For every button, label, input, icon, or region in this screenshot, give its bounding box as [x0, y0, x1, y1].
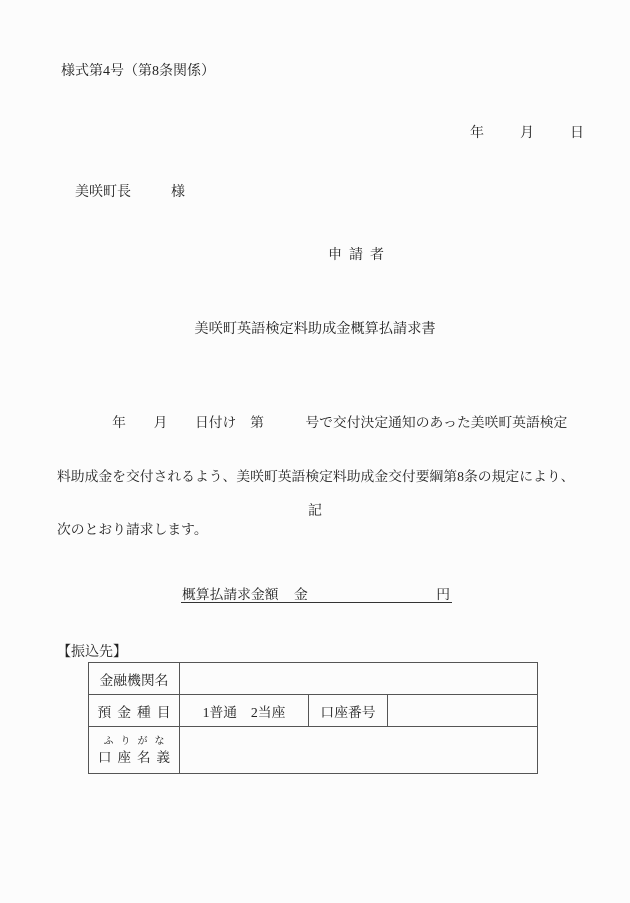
- amount-line: 概算払請求金額 金 円: [181, 580, 452, 603]
- account-holder-label-cell: ふりがな 口座名義: [89, 727, 180, 774]
- account-holder-label: 口座名義: [89, 749, 179, 766]
- table-row-account-holder: ふりがな 口座名義: [89, 727, 538, 774]
- financial-institution-label: 金融機関名: [89, 663, 180, 695]
- amount-label: 概算払請求金額: [182, 583, 279, 603]
- date-line: 年 月 日: [470, 125, 584, 142]
- document-page: 様式第4号（第8条関係） 年 月 日 美咲町長 様 申請者 美咲町英語検定料助成…: [0, 0, 630, 903]
- furigana-label: ふりがな: [89, 734, 179, 749]
- amount-currency-prefix: 金: [294, 583, 308, 603]
- addressee-honorific: 様: [171, 184, 185, 201]
- transfer-destination-table: 金融機関名 預金種目 1普通 2当座 口座番号 ふりがな 口座名義: [88, 662, 538, 774]
- date-day-label: 日: [570, 125, 584, 142]
- addressee-name: 美咲町長: [75, 184, 131, 201]
- deposit-type-label: 預金種目: [89, 695, 180, 727]
- amount-currency-suffix: 円: [436, 583, 450, 603]
- body-line-2: 料助成金を交付されるよう、美咲町英語検定料助成金交付要綱第8条の規定により、: [57, 466, 587, 488]
- form-number: 様式第4号（第8条関係）: [61, 63, 215, 80]
- table-row-financial-institution: 金融機関名: [89, 663, 538, 695]
- body-line-1: 年 月 日付け 第 号で交付決定通知のあった美咲町英語検定: [57, 412, 587, 434]
- date-year-label: 年: [470, 125, 484, 142]
- table-row-deposit-type: 預金種目 1普通 2当座 口座番号: [89, 695, 538, 727]
- section-marker-ki: 記: [0, 503, 630, 520]
- account-number-value-cell: [388, 695, 538, 727]
- account-holder-value-cell: [180, 727, 538, 774]
- transfer-destination-heading: 【振込先】: [57, 644, 127, 662]
- body-paragraph: 年 月 日付け 第 号で交付決定通知のあった美咲町英語検定 料助成金を交付される…: [57, 380, 587, 573]
- addressee-line: 美咲町長 様: [75, 184, 185, 201]
- account-number-label: 口座番号: [309, 695, 388, 727]
- body-line-3: 次のとおり請求します。: [57, 519, 587, 541]
- applicant-label: 申請者: [328, 247, 391, 264]
- document-title: 美咲町英語検定料助成金概算払請求書: [0, 320, 630, 338]
- deposit-type-options-cell: 1普通 2当座: [180, 695, 309, 727]
- date-month-label: 月: [520, 125, 534, 142]
- financial-institution-value-cell: [180, 663, 538, 695]
